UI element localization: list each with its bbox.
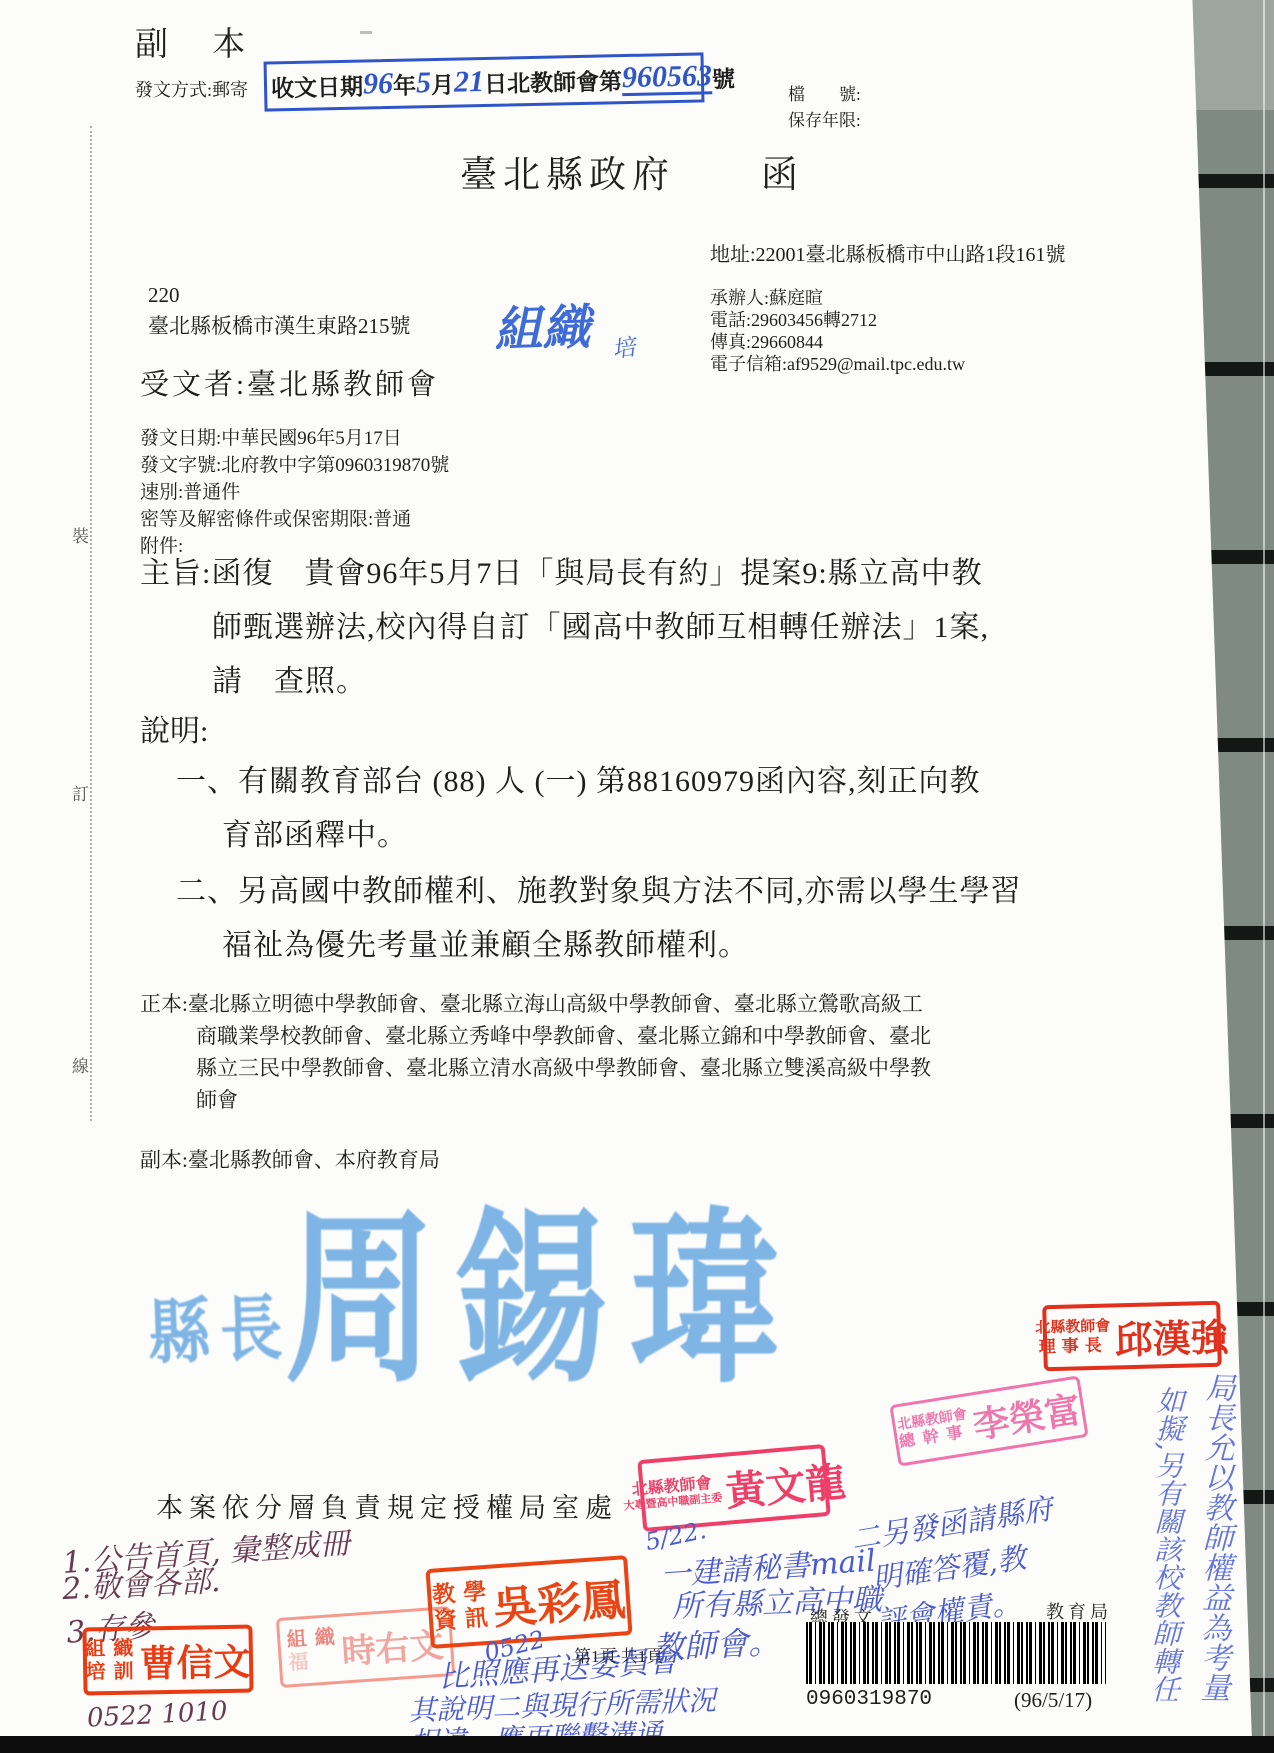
original-recipients-line4: 師會 [196, 1084, 238, 1114]
receipt-stamp-text5: 號 [712, 60, 736, 93]
subject-line-3: 請 查照。 [212, 656, 367, 700]
receipt-stamp-day: 21 [454, 67, 485, 98]
dispatch-date: 發文日期:中華民國96年5月17日 [140, 423, 402, 450]
recipient-line: 受文者:臺北縣教師會 [140, 362, 439, 403]
chairman-stamp-role: 理事長 [1035, 1335, 1110, 1356]
chairman-stamp-name: 邱漢強 [1114, 1306, 1229, 1364]
chairman-stamp: 北縣教師會 理事長 邱漢強 [1042, 1301, 1222, 1372]
receipt-stamp-month: 5 [416, 68, 432, 98]
receipt-stamp-text3: 月 [431, 66, 455, 99]
contact-email: 電子信箱:af9529@mail.tpc.edu.tw [710, 350, 965, 376]
edu-info-stamp-name: 吳彩鳳 [491, 1563, 627, 1636]
chairman-stamp-org: 北縣教師會 [1035, 1319, 1110, 1338]
subject-line-1: 主旨:函復 貴會96年5月7日「與局長有約」提案9:縣立高中教 [140, 548, 983, 592]
description-item1-line1: 一、有關教育部台 (88) 人 (一) 第88160979函內容,刻正向教 [176, 756, 980, 800]
handwritten-dept-note: 組織 [493, 288, 591, 360]
vice-chair-stamp-name: 黃文龍 [723, 1450, 848, 1517]
description-item2-line2: 福祉為優先考量並兼顧全縣教師權利。 [222, 920, 749, 964]
org-training-stamp: 組 織 培 訓 曹信文 [82, 1625, 253, 1696]
security-class: 密等及解密條件或保密期限:普通 [140, 504, 411, 531]
margin-note-column-2: 如擬,另有關該校教師轉任 [1143, 1386, 1189, 1727]
org-training-g2: 織 [113, 1638, 133, 1661]
secretary-stamp-name: 李榮富 [969, 1381, 1084, 1448]
receipt-stamp-text4: 日北教師會第 [484, 63, 623, 99]
scanned-document: 裝 訂 線 副 本 發文方式:郵寄 收文日期 96 年 5 月 21 日北教師會… [0, 0, 1274, 1753]
org-welfare-g3: 福 [288, 1651, 310, 1675]
description-label: 說明: [140, 706, 208, 750]
edu-info-g2: 學 [462, 1579, 487, 1607]
retention-label: 保存年限: [788, 106, 861, 131]
secretary-stamp: 北縣教師會 總幹事 李榮富 [889, 1375, 1088, 1466]
speed-class: 速別:普通件 [140, 477, 240, 504]
original-recipients-line2: 商職業學校教師會、臺北縣立秀峰中學教師會、臺北縣立錦和中學教師會、臺北 [196, 1020, 931, 1050]
org-training-g1: 組 [85, 1638, 105, 1661]
page-info: 第1頁 共1頁 [574, 1642, 663, 1667]
org-training-g4: 訓 [114, 1661, 134, 1684]
margin-note-column-1: 局長允以教師權益為考量 [1189, 1372, 1239, 1718]
org-training-g3: 培 [86, 1661, 106, 1684]
dispatch-method: 發文方式:郵寄 [135, 76, 248, 102]
binding-mark-xian: 線 [72, 1052, 89, 1077]
binding-mark-ding: 訂 [72, 780, 89, 805]
org-welfare-g1: 組 [286, 1628, 308, 1652]
receipt-stamp-text2: 年 [393, 67, 417, 100]
receipt-stamp-text1: 收文日期 [271, 68, 364, 103]
edu-info-g3: 資 [433, 1607, 458, 1635]
bureau-label: 教育局 [1046, 1598, 1112, 1624]
sender-address: 地址:22001臺北縣板橋市中山路1段161號 [710, 238, 1066, 267]
delegation-note: 本案依分層負責規定授權局室處 [156, 1486, 618, 1525]
receipt-stamp-number: 960563 [622, 61, 713, 96]
vice-chair-stamp: 北縣教師會 大專暨高中職副主委 黃文龍 [637, 1444, 831, 1532]
handwritten-date-code: 0522 1010 [86, 1696, 228, 1733]
document-page: 裝 訂 線 副 本 發文方式:郵寄 收文日期 96 年 5 月 21 日北教師會… [0, 0, 1274, 1753]
barcode-number: 0960319870 [806, 1688, 932, 1711]
original-recipients-line1: 正本:臺北縣立明德中學教師會、臺北縣立海山高級中學教師會、臺北縣立鶯歌高級工 [140, 988, 923, 1018]
binding-mark-zhuang: 裝 [72, 522, 89, 547]
org-welfare-g4 [316, 1649, 338, 1673]
copy-label: 副 本 [135, 18, 263, 65]
barcode [806, 1622, 1106, 1684]
description-item1-line2: 育部函釋中。 [222, 810, 408, 854]
org-welfare-g2: 織 [314, 1626, 336, 1650]
scan-speck [360, 31, 372, 34]
description-item2-line1: 二、另高國中教師權利、施教對象與方法不同,亦需以學生學習 [176, 866, 1022, 910]
original-recipients-line3: 縣立三民中學教師會、臺北縣立清水高級中學教師會、臺北縣立雙溪高級中學教 [196, 1052, 931, 1082]
recipient-street: 臺北縣板橋市漢生東路215號 [148, 310, 411, 340]
dispatch-number: 發文字號:北府教中字第0960319870號 [140, 450, 449, 477]
recipient-zip: 220 [148, 283, 180, 308]
document-title: 臺北縣政府 函 [460, 144, 804, 198]
org-training-stamp-name: 曹信文 [139, 1632, 251, 1688]
magistrate-title-stamp: 縣長 [146, 1271, 293, 1378]
scanner-edge-highlight [1263, 0, 1265, 1753]
barcode-date: (96/5/17) [1014, 1688, 1092, 1713]
edu-info-g4: 訊 [464, 1605, 489, 1633]
handwritten-dept-note-small: 培 [610, 329, 637, 365]
receipt-stamp-year: 96 [363, 69, 394, 100]
receipt-stamp: 收文日期 96 年 5 月 21 日北教師會第 960563 號 [264, 52, 705, 111]
binding-dotted-line [90, 126, 92, 1121]
magistrate-name-stamp: 周錫瑋 [285, 1148, 801, 1418]
subject-line-2: 師甄選辦法,校內得自訂「國高中教師互相轉任辦法」1案, [212, 602, 989, 646]
file-number-label: 檔 號: [788, 80, 861, 105]
scanner-bottom-edge [0, 1736, 1274, 1753]
edu-info-g1: 教 [431, 1581, 456, 1609]
